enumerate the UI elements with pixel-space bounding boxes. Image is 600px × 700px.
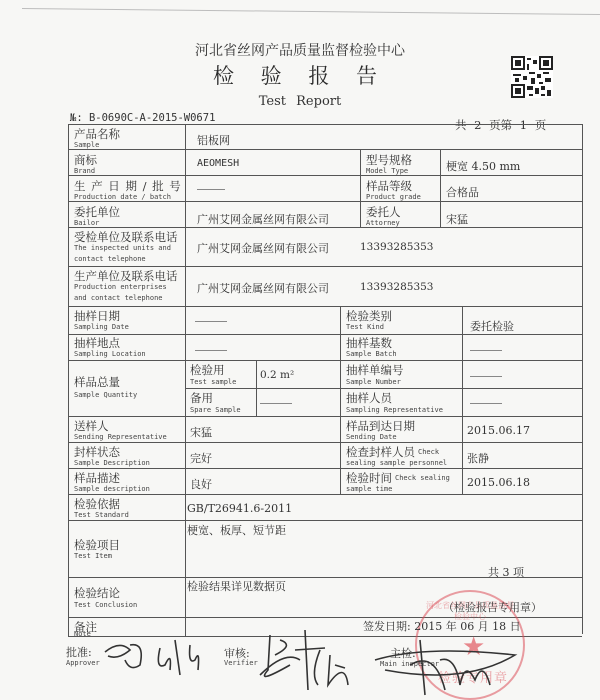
conclusion-label-en: Test Conclusion bbox=[74, 601, 137, 609]
table-border-top bbox=[68, 124, 582, 125]
spare-sample-empty bbox=[260, 403, 292, 404]
approver-label: 批准: bbox=[66, 644, 92, 660]
quantity-label-en: Sample Quantity bbox=[74, 391, 137, 399]
grade-value: 合格品 bbox=[446, 184, 479, 200]
producer-phone: 13393285353 bbox=[360, 281, 434, 293]
row-line bbox=[68, 468, 582, 469]
seal-state-value: 完好 bbox=[190, 450, 212, 466]
test-time-label: 检验时间 bbox=[346, 470, 392, 486]
sampling-location-empty bbox=[195, 350, 227, 351]
sending-date-label-en: Sending Date bbox=[346, 433, 397, 441]
col-line bbox=[256, 360, 257, 416]
sampling-location-label-en: Sampling Location bbox=[74, 350, 146, 358]
col-line bbox=[340, 416, 341, 494]
report-subtitle: Test Report bbox=[0, 94, 600, 109]
seal-check-label-en: sealing sample personnel bbox=[346, 459, 447, 467]
test-item-count: 共 3 项 bbox=[488, 564, 524, 580]
organization-name: 河北省丝网产品质量监督检验中心 bbox=[0, 40, 600, 60]
row-line bbox=[185, 388, 582, 389]
row-line bbox=[68, 227, 582, 228]
sampling-date-label: 抽样日期 bbox=[74, 308, 120, 324]
row-line bbox=[68, 520, 582, 521]
approver-signature bbox=[100, 630, 210, 680]
sending-date-label: 样品到达日期 bbox=[346, 418, 415, 434]
verifier-signature bbox=[250, 620, 360, 695]
test-sample-label: 检验用 bbox=[190, 362, 225, 378]
brand-value: AEOMESH bbox=[197, 158, 239, 169]
report-title: 检 验 报 告 bbox=[0, 60, 600, 90]
sampling-rep-label: 抽样人员 bbox=[346, 390, 392, 406]
model-label: 型号规格 bbox=[366, 152, 412, 168]
sending-date-value: 2015.06.17 bbox=[467, 424, 530, 437]
sample-label-en: Sample bbox=[74, 141, 99, 149]
sampling-location-label: 抽样地点 bbox=[74, 335, 120, 351]
sampling-rep-label-en: Sampling Representative bbox=[346, 406, 443, 414]
producer-value: 广州艾网金属丝网有限公司 bbox=[197, 280, 329, 296]
standard-label-en: Test Standard bbox=[74, 511, 129, 519]
sample-batch-label-en: Sample Batch bbox=[346, 350, 397, 358]
inspector-signature bbox=[365, 630, 535, 700]
sending-rep-value: 宋猛 bbox=[190, 424, 212, 440]
test-time-value: 2015.06.18 bbox=[467, 476, 530, 489]
model-value: 梗宽 4.50 mm bbox=[446, 158, 520, 174]
sending-rep-label: 送样人 bbox=[74, 418, 109, 434]
note-label-en: Note bbox=[74, 630, 91, 638]
inspected-label-en1: The inspected units and bbox=[74, 244, 171, 252]
table-border-right bbox=[582, 124, 583, 634]
sample-desc-label: 样品描述 bbox=[74, 470, 120, 486]
test-sample-label-en: Test sample bbox=[190, 378, 236, 386]
col-line bbox=[440, 149, 441, 227]
production-date-empty bbox=[197, 189, 225, 190]
inspected-value: 广州艾网金属丝网有限公司 bbox=[197, 240, 329, 256]
sample-number-empty bbox=[470, 376, 502, 377]
bailor-value: 广州艾网金属丝网有限公司 bbox=[197, 211, 329, 227]
test-kind-value: 委托检验 bbox=[470, 318, 514, 334]
page-edge bbox=[22, 8, 600, 15]
col-line bbox=[462, 416, 463, 494]
col-line bbox=[360, 149, 361, 227]
row-line bbox=[68, 334, 582, 335]
seal-check-label-en-inline: Check bbox=[418, 448, 439, 456]
brand-label: 商标 bbox=[74, 152, 97, 168]
standard-label: 检验依据 bbox=[74, 496, 120, 512]
sampling-date-empty bbox=[195, 321, 227, 322]
row-line bbox=[68, 149, 582, 150]
seal-state-label-en: Sample Description bbox=[74, 459, 150, 467]
producer-label-en1: Production enterprises bbox=[74, 283, 167, 291]
row-line bbox=[68, 201, 582, 202]
row-line bbox=[68, 442, 582, 443]
test-kind-label: 检验类别 bbox=[346, 308, 392, 324]
test-item-value: 梗宽、板厚、短节距 bbox=[187, 522, 286, 538]
attorney-value: 宋猛 bbox=[446, 211, 468, 227]
standard-value: GB/T26941.6-2011 bbox=[187, 502, 292, 515]
qr-code-icon bbox=[511, 56, 553, 98]
conclusion-value: 检验结果详见数据页 bbox=[187, 578, 286, 594]
attorney-label-en: Attorney bbox=[366, 219, 400, 227]
spare-sample-label-en: Spare Sample bbox=[190, 406, 241, 414]
producer-label-en2: and contact telephone bbox=[74, 294, 163, 302]
producer-label: 生产单位及联系电话 bbox=[74, 268, 178, 284]
test-kind-label-en: Test Kind bbox=[346, 323, 384, 331]
sampling-rep-empty bbox=[470, 403, 502, 404]
quantity-label: 样品总量 bbox=[74, 374, 120, 390]
row-line bbox=[68, 494, 582, 495]
production-date-label: 生 产 日 期 / 批 号 bbox=[74, 178, 182, 194]
sampling-date-label-en: Sampling Date bbox=[74, 323, 129, 331]
production-date-label-en: Production date / batch bbox=[74, 193, 171, 201]
col-line bbox=[340, 306, 341, 416]
spare-sample-label: 备用 bbox=[190, 390, 213, 406]
sample-desc-label-en: Sample description bbox=[74, 485, 150, 493]
bailor-label: 委托单位 bbox=[74, 204, 120, 220]
seal-check-value: 张静 bbox=[467, 450, 489, 466]
row-line bbox=[68, 266, 582, 267]
row-line bbox=[68, 416, 582, 417]
sending-rep-label-en: Sending Representative bbox=[74, 433, 167, 441]
sample-value: 铝板网 bbox=[197, 132, 230, 148]
sample-number-label-en: Sample Number bbox=[346, 378, 401, 386]
col-line bbox=[462, 306, 463, 416]
sample-batch-label: 抽样基数 bbox=[346, 335, 392, 351]
page-count: 共 2 页第 1 页 bbox=[455, 117, 546, 133]
row-line bbox=[340, 360, 582, 361]
row-line bbox=[68, 175, 582, 176]
inspected-phone: 13393285353 bbox=[360, 241, 434, 253]
test-sample-value: 0.2 m² bbox=[260, 369, 294, 381]
test-time-label-en-inline: Check sealing bbox=[395, 474, 450, 482]
row-line bbox=[68, 306, 582, 307]
sample-label: 产品名称 bbox=[74, 126, 120, 142]
attorney-label: 委托人 bbox=[366, 204, 401, 220]
sample-desc-value: 良好 bbox=[190, 476, 212, 492]
sample-number-label: 抽样单编号 bbox=[346, 362, 404, 378]
bailor-label-en: Bailor bbox=[74, 219, 99, 227]
approver-label-en: Approver bbox=[66, 659, 100, 667]
seal-note: （检验报告专用章） bbox=[443, 599, 542, 615]
grade-label-en: Product grade bbox=[366, 193, 421, 201]
test-time-label-en: sample time bbox=[346, 485, 392, 493]
model-label-en: Model Type bbox=[366, 167, 408, 175]
report-number: №: B-0690C-A-2015-W0671 bbox=[70, 112, 215, 124]
seal-state-label: 封样状态 bbox=[74, 444, 120, 460]
grade-label: 样品等级 bbox=[366, 178, 412, 194]
sample-batch-empty bbox=[470, 350, 502, 351]
inspected-label: 受检单位及联系电话 bbox=[74, 229, 178, 245]
test-item-label: 检验项目 bbox=[74, 537, 120, 553]
seal-check-label: 检查封样人员 bbox=[346, 444, 415, 460]
test-item-label-en: Test Item bbox=[74, 552, 112, 560]
conclusion-label: 检验结论 bbox=[74, 585, 120, 601]
inspected-label-en2: contact telephone bbox=[74, 255, 146, 263]
brand-label-en: Brand bbox=[74, 167, 95, 175]
